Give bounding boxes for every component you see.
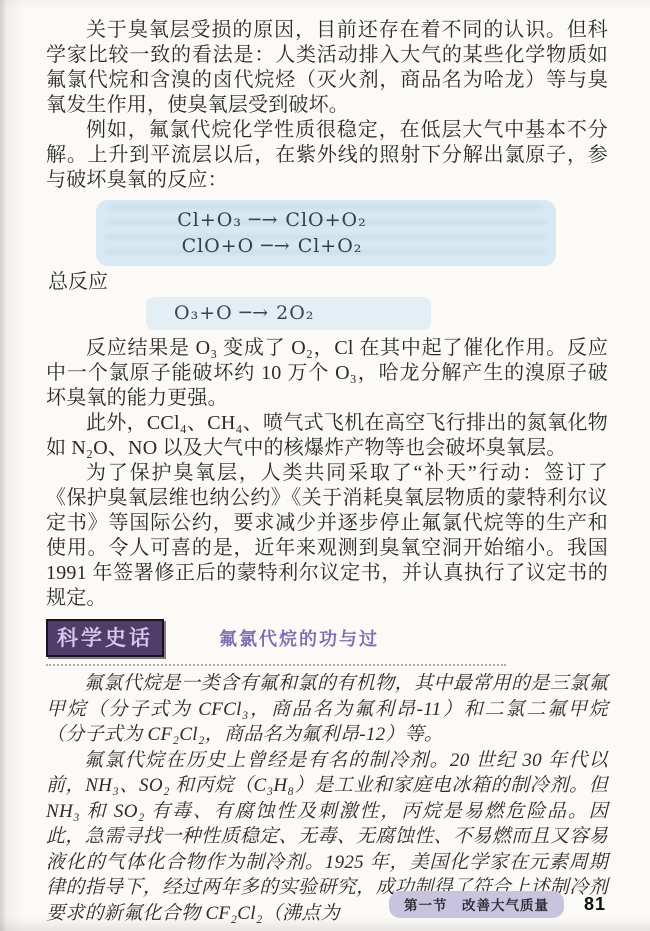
equation-clo-o: ClO+O ─→ Cl+O₂: [96, 233, 448, 259]
paragraph-ozone-damage-causes: 关于臭氧层受损的原因，目前还存在着不同的认识。但科学家比较一致的看法是：人类活动…: [46, 18, 608, 118]
reaction-equation-box: Cl+O₃ ─→ ClO+O₂ ClO+O ─→ Cl+O₂: [96, 200, 556, 266]
paragraph-cfc-stability: 例如，氟氯代烷化学性质很稳定，在低层大气中基本不分解。上升到平流层以后，在紫外线…: [46, 118, 608, 193]
paragraph-catalysis-result: 反应结果是 O₃ 变成了 O₂，Cl 在其中起了催化作用。反应中一个氯原子能破坏…: [46, 336, 608, 411]
page-content: 关于臭氧层受损的原因，目前还存在着不同的认识。但科学家比较一致的看法是：人类活动…: [46, 18, 608, 926]
science-story-header: 科学史话 氟氯代烷的功与过: [46, 619, 608, 657]
page-footer: 第一节 改善大气质量 81: [389, 891, 606, 918]
footer-section-pill: 第一节 改善大气质量: [389, 891, 564, 918]
total-reaction-equation: O₃+O ─→ 2O₂: [146, 297, 431, 330]
paragraph-ozone-protection-treaties: 为了保护臭氧层，人类共同采取了“补天”行动：签订了《保护臭氧层维也纳公约》《关于…: [46, 461, 608, 611]
dotted-divider: [46, 664, 506, 666]
science-story-title: 氟氯代烷的功与过: [219, 625, 379, 651]
equation-cl-o3: Cl+O₃ ─→ ClO+O₂: [96, 207, 448, 233]
page-number: 81: [584, 894, 606, 915]
total-reaction-label: 总反应: [48, 270, 608, 295]
science-paragraph-cfc-definition: 氟氯代烷是一类含有氟和氯的有机物，其中最常用的是三氯氟甲烷（分子式为 CFCl₃…: [46, 671, 608, 748]
paragraph-other-ozone-destroyers: 此外，CCl₄、CH₄、喷气式飞机在高空飞行排出的氮氧化物如 N₂O、NO 以及…: [46, 411, 608, 461]
science-story-badge: 科学史话: [46, 619, 164, 657]
textbook-page: 关于臭氧层受损的原因，目前还存在着不同的认识。但科学家比较一致的看法是：人类活动…: [0, 0, 650, 931]
